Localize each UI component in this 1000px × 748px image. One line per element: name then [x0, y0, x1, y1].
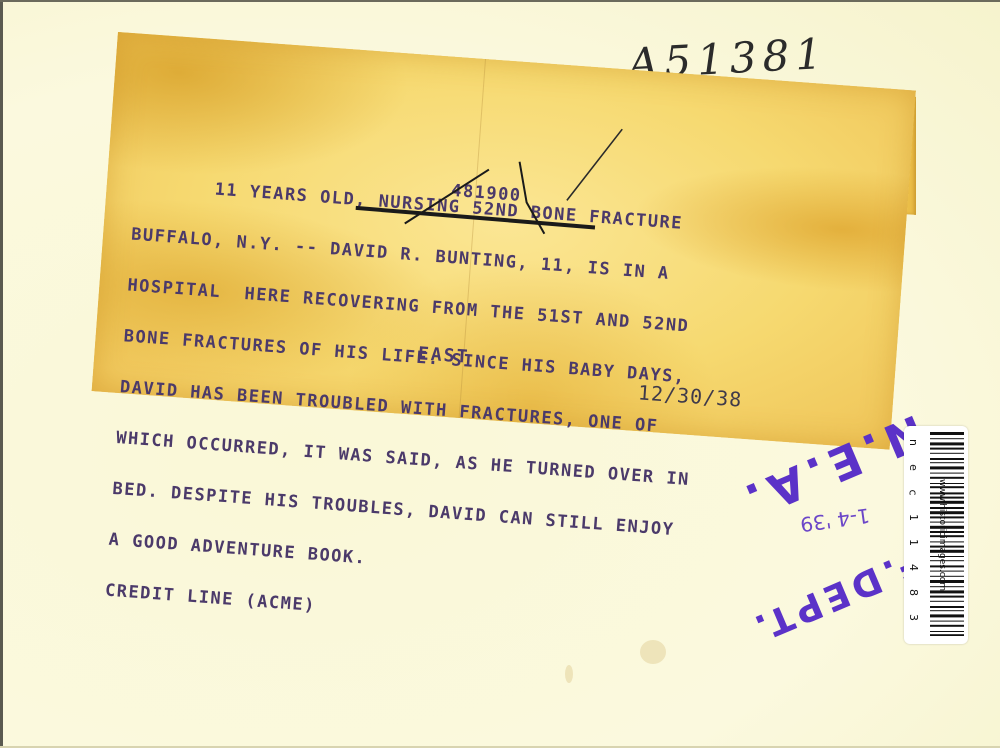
caption-line: HOSPITAL HERE RECOVERING FROM THE 51ST A… — [127, 277, 702, 336]
caption-line: BUFFALO, N.Y. -- DAVID R. BUNTING, 11, I… — [131, 227, 706, 286]
headline: 11 YEARS OLD, NURSING 52ND BONE FRACTURE — [134, 176, 709, 235]
barcode-url: www.historicimages.com — [937, 435, 947, 635]
barcode-digits: nec11483 — [910, 436, 924, 636]
caption-line: BONE FRACTURES OF HIS LIFE. SINCE HIS BA… — [123, 328, 698, 387]
scan-edge-left — [0, 0, 3, 748]
barcode-icon — [930, 432, 964, 636]
caption-clipping: 481900 11 YEARS OLD, NURSING 52ND BONE F… — [92, 32, 916, 450]
credit-line: CREDIT LINE (ACME) — [104, 583, 679, 642]
caption-line: WHICH OCCURRED, IT WAS SAID, AS HE TURNE… — [116, 430, 691, 489]
scan-edge-top — [0, 0, 1000, 2]
caption-body: 11 YEARS OLD, NURSING 52ND BONE FRACTURE… — [102, 142, 712, 676]
caption-line: DAVID HAS BEEN TROUBLED WITH FRACTURES, … — [119, 379, 694, 438]
caption-line: BED. DESPITE HIS TROUBLES, DAVID CAN STI… — [112, 481, 687, 540]
region-label: EAST — [417, 343, 470, 368]
caption-line: A GOOD ADVENTURE BOOK. — [108, 532, 683, 591]
barcode-sticker: nec11483 www.historicimages.com — [904, 426, 968, 644]
